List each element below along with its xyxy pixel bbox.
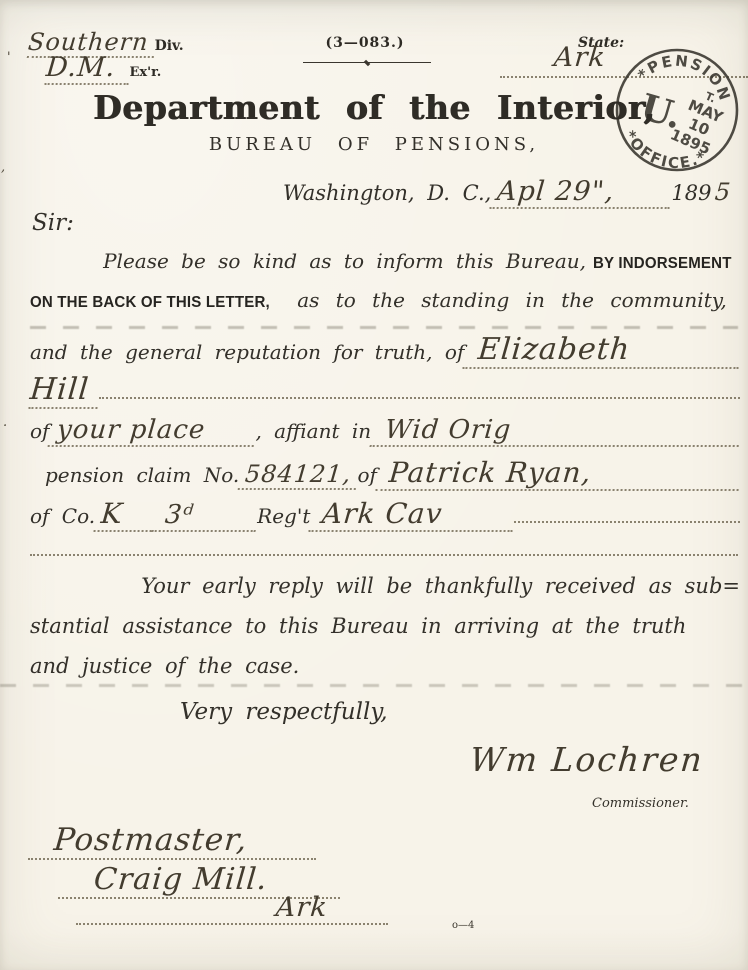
regiment-label: Reg't	[257, 504, 310, 528]
year-handwritten: 5	[710, 178, 733, 206]
form-number: (3—083.)	[280, 35, 450, 51]
examiner-value-handwritten: D.M.	[45, 52, 131, 85]
year-printed: 189	[671, 181, 711, 205]
body-line-10: and justice of the case.	[30, 654, 740, 678]
examiner-label: Ex'r.	[130, 65, 162, 80]
p1-bold-1: BY INDORSEMENT	[593, 255, 732, 273]
of-label: of	[30, 419, 49, 443]
body-line-3: and the general reputation for truth, of…	[30, 332, 740, 369]
p2-line-2: stantial assistance to this Bureau in ar…	[30, 614, 686, 638]
paper-crease	[30, 326, 738, 329]
p1-script-2: as to the standing in the community,	[297, 288, 727, 312]
scan-mark: '	[7, 50, 11, 65]
body-line-4: Hill	[30, 372, 740, 409]
address-line-3-rule: Ark	[76, 892, 388, 925]
closing-respectfully: Very respectfully,	[180, 699, 388, 725]
address-state-handwritten: Ark	[75, 892, 329, 923]
addressee-handwritten: Postmaster,	[26, 822, 249, 858]
form-number-rule	[303, 62, 431, 63]
place-printed: Washington, D. C.,	[283, 181, 491, 205]
body-line-6: pension claim No. 584121, of Patrick Rya…	[45, 456, 740, 491]
of-label-2: of	[358, 463, 377, 487]
affiant-label: , affiant in	[255, 419, 371, 443]
dotted-blank-line	[30, 540, 738, 556]
soldier-name-handwritten: Patrick Ryan,	[375, 456, 741, 491]
document-page: ' , . Southern Div. D.M. Ex'r. (3—083.) …	[0, 0, 748, 970]
claim-type-handwritten: Wid Orig	[370, 415, 742, 447]
body-line-1: Please be so kind as to inform this Bure…	[30, 249, 740, 273]
commissioner-signature: Wm Lochren	[468, 740, 705, 779]
bureau-subtitle: BUREAU OF PENSIONS,	[0, 134, 748, 155]
claimant-name-handwritten: Elizabeth	[463, 332, 742, 369]
department-title: Department of the Interior,	[0, 88, 748, 127]
line3-script: and the general reputation for truth, of	[30, 340, 464, 364]
dateline: Washington, D. C., Apl 29", 189 5	[283, 176, 732, 209]
body-line-2: ON THE BACK OF THIS LETTER, as to the st…	[30, 288, 740, 312]
p2-line-3: and justice of the case.	[30, 654, 299, 678]
dotted-blank	[514, 521, 740, 523]
body-line-5: of your place , affiant in Wid Orig	[30, 415, 740, 447]
regiment-number-handwritten: 3ᵈ	[152, 500, 259, 532]
regiment-handwritten: Ark Cav	[309, 497, 516, 532]
p1-script-1: Please be so kind as to inform this Bure…	[103, 249, 586, 273]
claim-number-handwritten: 584121,	[238, 460, 359, 490]
body-line-7: of Co. K 3ᵈ Reg't Ark Cav	[30, 497, 740, 532]
claimant-surname-handwritten: Hill	[28, 372, 100, 409]
dotted-blank	[99, 397, 740, 399]
scan-mark: ,	[1, 160, 5, 175]
printer-mark: o—4	[452, 920, 474, 931]
company-handwritten: K	[94, 497, 155, 532]
body-line-8: Your early reply will be thankfully rece…	[30, 574, 740, 598]
date-handwritten: Apl 29",	[490, 176, 673, 209]
company-label: of Co.	[30, 504, 95, 528]
salutation: Sir:	[32, 210, 74, 236]
state-value-handwritten: Ark	[553, 42, 607, 73]
address-line-1-rule: Postmaster,	[28, 822, 316, 860]
scan-mark: .	[3, 415, 7, 430]
p1-bold-2: ON THE BACK OF THIS LETTER,	[30, 294, 270, 312]
commissioner-title: Commissioner.	[592, 796, 689, 811]
examiner-row: D.M. Ex'r.	[46, 52, 161, 85]
place-handwritten: your place	[48, 415, 257, 447]
body-line-9: stantial assistance to this Bureau in ar…	[30, 614, 740, 638]
p2-line-1: Your early reply will be thankfully rece…	[141, 574, 740, 598]
paper-crease	[0, 684, 748, 687]
claim-label: pension claim No.	[45, 463, 239, 487]
